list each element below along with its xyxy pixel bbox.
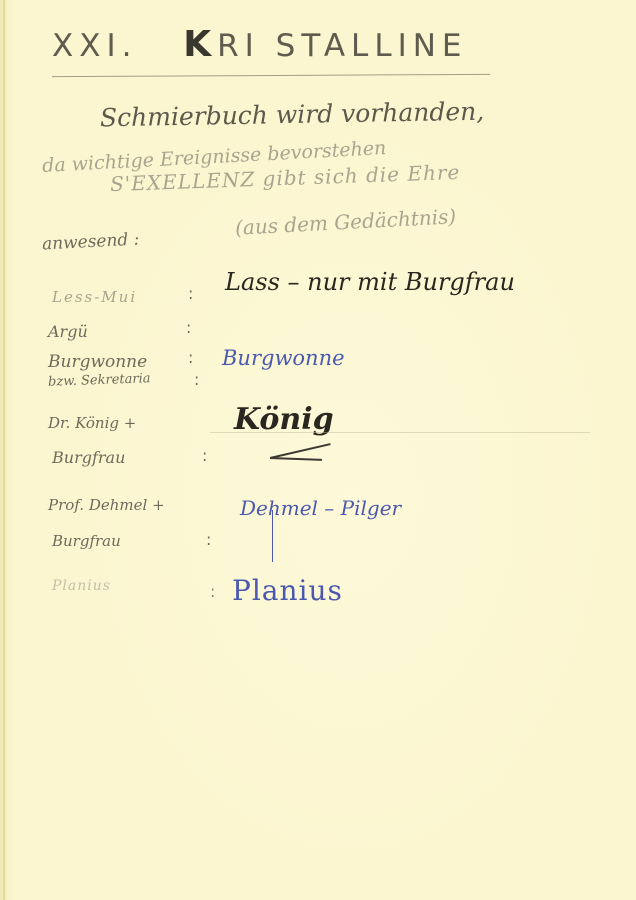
colon-separator: :	[206, 530, 211, 549]
title-first-letter: K	[183, 24, 217, 65]
attendee-name: Burgfrau	[52, 448, 125, 467]
signature-stroke	[272, 510, 273, 562]
colon-separator: :	[186, 318, 191, 337]
attendee-name: Prof. Dehmel +	[48, 496, 165, 514]
scanned-page: XXI. KRI STALLINE Schmierbuch wird vorha…	[0, 0, 636, 900]
from-memory-note: (aus dem Gedächtnis)	[235, 204, 457, 240]
attendee-name: Planius	[52, 578, 111, 594]
attendee-signature: Dehmel – Pilger	[240, 496, 401, 520]
faint-guide-line	[210, 432, 590, 433]
attendee-name: Less-Mui	[52, 288, 137, 306]
colon-separator: :	[188, 348, 193, 367]
page-binding-edge	[3, 0, 5, 900]
title-rest: RI STALLINE	[217, 28, 467, 64]
present-label: anwesend :	[42, 229, 140, 254]
title-underline	[52, 74, 490, 77]
attendee-signature: Planius	[232, 574, 343, 607]
colon-separator: :	[210, 582, 215, 601]
attendee-signature: Lass – nur mit Burgfrau	[225, 268, 515, 296]
signature-flourish	[270, 443, 331, 458]
page-title: XXI. KRI STALLINE	[52, 24, 468, 65]
intro-line-1: Schmierbuch wird vorhanden,	[100, 97, 485, 133]
colon-separator: :	[194, 370, 199, 389]
attendee-name: bzw. Sekretaria	[48, 371, 151, 390]
signature-flourish	[270, 457, 322, 460]
colon-separator: :	[202, 446, 207, 465]
attendee-name: Burgfrau	[52, 532, 121, 550]
attendee-signature: Burgwonne	[222, 346, 345, 370]
colon-separator: :	[188, 284, 193, 303]
attendee-name: Argü	[48, 322, 88, 341]
attendee-name: Burgwonne	[48, 352, 147, 372]
title-number: XXI.	[52, 28, 137, 64]
attendee-name: Dr. König +	[48, 414, 136, 432]
